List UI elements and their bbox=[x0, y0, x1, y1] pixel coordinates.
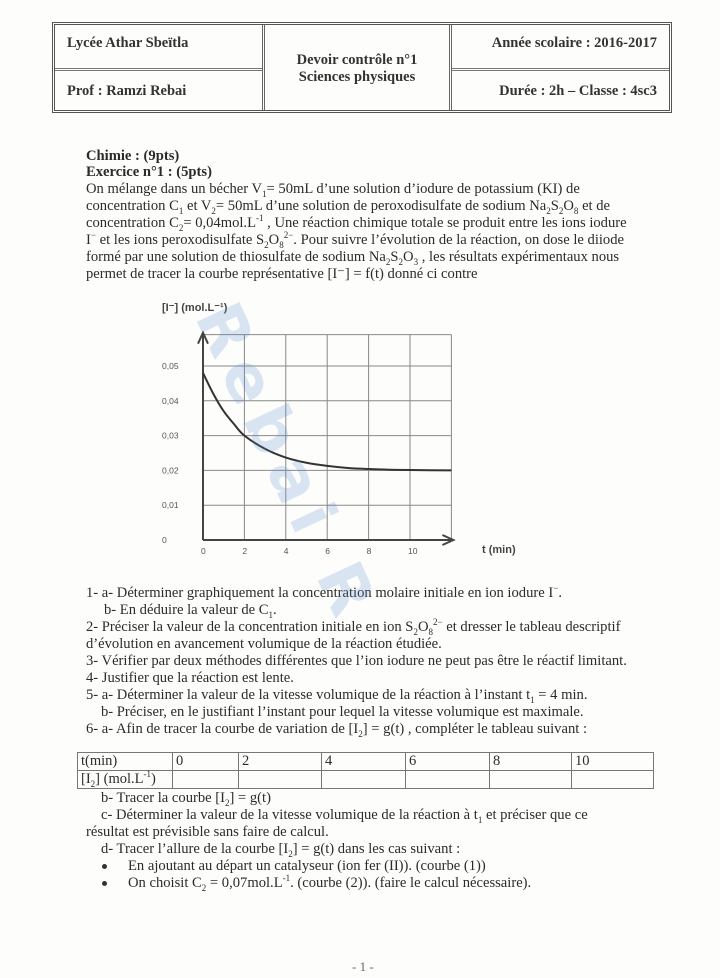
table-cell: 8 bbox=[490, 753, 572, 771]
table-cell: 2 bbox=[239, 753, 322, 771]
x-axis-label: t (min) bbox=[482, 544, 516, 556]
table-cell: 0 bbox=[173, 753, 239, 771]
table-input-cell[interactable] bbox=[406, 771, 490, 789]
teacher-name: Prof : Ramzi Rebai bbox=[67, 83, 186, 100]
table-input-cell[interactable] bbox=[572, 771, 654, 789]
intro-line-1: On mélange dans un bécher V1= 50mL d’une… bbox=[86, 181, 580, 198]
table-header-cell: [I2] (mol.L-1) bbox=[78, 771, 173, 789]
svg-text:10: 10 bbox=[408, 546, 418, 556]
section-title: Chimie : (9pts) bbox=[86, 148, 179, 165]
intro-line-2: concentration C1 et V2= 50mL d’une solut… bbox=[86, 198, 610, 215]
svg-text:0,01: 0,01 bbox=[162, 500, 179, 510]
intro-line-5: formé par une solution de thiosulfate de… bbox=[86, 249, 619, 266]
svg-text:8: 8 bbox=[367, 546, 372, 556]
svg-text:0,03: 0,03 bbox=[162, 431, 179, 441]
table-row: t(min) 0 2 4 6 8 10 bbox=[78, 753, 654, 771]
table-input-cell[interactable] bbox=[490, 771, 572, 789]
question-4: 4- Justifier que la réaction est lente. bbox=[86, 670, 294, 687]
exam-header: Lycée Athar Sbeïtla Prof : Ramzi Rebai D… bbox=[52, 22, 672, 113]
svg-text:6: 6 bbox=[325, 546, 330, 556]
page-number: - 1 - bbox=[352, 958, 374, 975]
intro-line-3: concentration C2= 0,04mol.L-1 , Une réac… bbox=[86, 215, 627, 232]
table-header-cell: t(min) bbox=[78, 753, 173, 771]
question-6a: 6- a- Afin de tracer la courbe de variat… bbox=[86, 721, 587, 738]
svg-text:0,02: 0,02 bbox=[162, 465, 179, 475]
chart-grid bbox=[203, 335, 451, 540]
question-2-cont: d’évolution en avancement volumique de l… bbox=[86, 636, 442, 653]
intro-line-6: permet de tracer la courbe représentativ… bbox=[86, 266, 478, 283]
svg-text:2: 2 bbox=[242, 546, 247, 556]
question-6d: d- Tracer l’allure de la courbe [I2] = g… bbox=[101, 841, 460, 858]
question-6c-cont: résultat est prévisible sans faire de ca… bbox=[86, 824, 329, 841]
question-3: 3- Vérifier par deux méthodes différente… bbox=[86, 653, 627, 670]
bullet-icon bbox=[102, 881, 107, 886]
exam-subject: Sciences physiques bbox=[262, 69, 452, 86]
exam-title: Devoir contrôle n°1 Sciences physiques bbox=[262, 52, 452, 86]
table-row: [I2] (mol.L-1) bbox=[78, 771, 654, 789]
question-1a: 1- a- Déterminer graphiquement la concen… bbox=[86, 585, 562, 602]
table-input-cell[interactable] bbox=[239, 771, 322, 789]
question-5b: b- Préciser, en le justifiant l’instant … bbox=[101, 704, 584, 721]
intro-line-4: I− et les ions peroxodisulfate S2O82−. P… bbox=[86, 232, 624, 249]
bullet-item-1: En ajoutant au départ un catalyseur (ion… bbox=[128, 858, 486, 875]
table-cell: 10 bbox=[572, 753, 654, 771]
bullet-icon bbox=[102, 864, 107, 869]
concentration-chart: 024681000,010,020,030,040,05 [I⁻] (mol.L… bbox=[150, 296, 570, 566]
bullet-item-2: On choisit C2 = 0,07mol.L-1. (courbe (2)… bbox=[128, 875, 531, 892]
question-1b: b- En déduire la valeur de C1. bbox=[104, 602, 277, 619]
table-input-cell[interactable] bbox=[173, 771, 239, 789]
question-6c: c- Déterminer la valeur de la vitesse vo… bbox=[101, 807, 588, 824]
header-divider bbox=[55, 68, 262, 71]
svg-text:0: 0 bbox=[201, 546, 206, 556]
svg-text:4: 4 bbox=[284, 546, 289, 556]
question-5a: 5- a- Déterminer la valeur de la vitesse… bbox=[86, 687, 587, 704]
header-divider bbox=[452, 68, 669, 71]
chart-axes bbox=[198, 333, 453, 545]
table-input-cell[interactable] bbox=[322, 771, 406, 789]
school-name: Lycée Athar Sbeïtla bbox=[67, 35, 188, 52]
svg-text:0: 0 bbox=[162, 535, 167, 545]
y-axis-label: [I⁻] (mol.L⁻¹) bbox=[162, 302, 228, 314]
svg-text:0,04: 0,04 bbox=[162, 396, 179, 406]
table-cell: 6 bbox=[406, 753, 490, 771]
table-cell: 4 bbox=[322, 753, 406, 771]
svg-text:0,05: 0,05 bbox=[162, 361, 179, 371]
exam-title-line1: Devoir contrôle n°1 bbox=[262, 52, 452, 69]
duration-class: Durée : 2h – Classe : 4sc3 bbox=[499, 83, 657, 100]
exercise-title: Exercice n°1 : (5pts) bbox=[86, 164, 212, 181]
question-6b: b- Tracer la courbe [I2] = g(t) bbox=[101, 790, 271, 807]
question-2: 2- Préciser la valeur de la concentratio… bbox=[86, 619, 620, 636]
i2-table: t(min) 0 2 4 6 8 10 [I2] (mol.L-1) bbox=[77, 752, 654, 789]
school-year: Année scolaire : 2016-2017 bbox=[492, 35, 657, 52]
